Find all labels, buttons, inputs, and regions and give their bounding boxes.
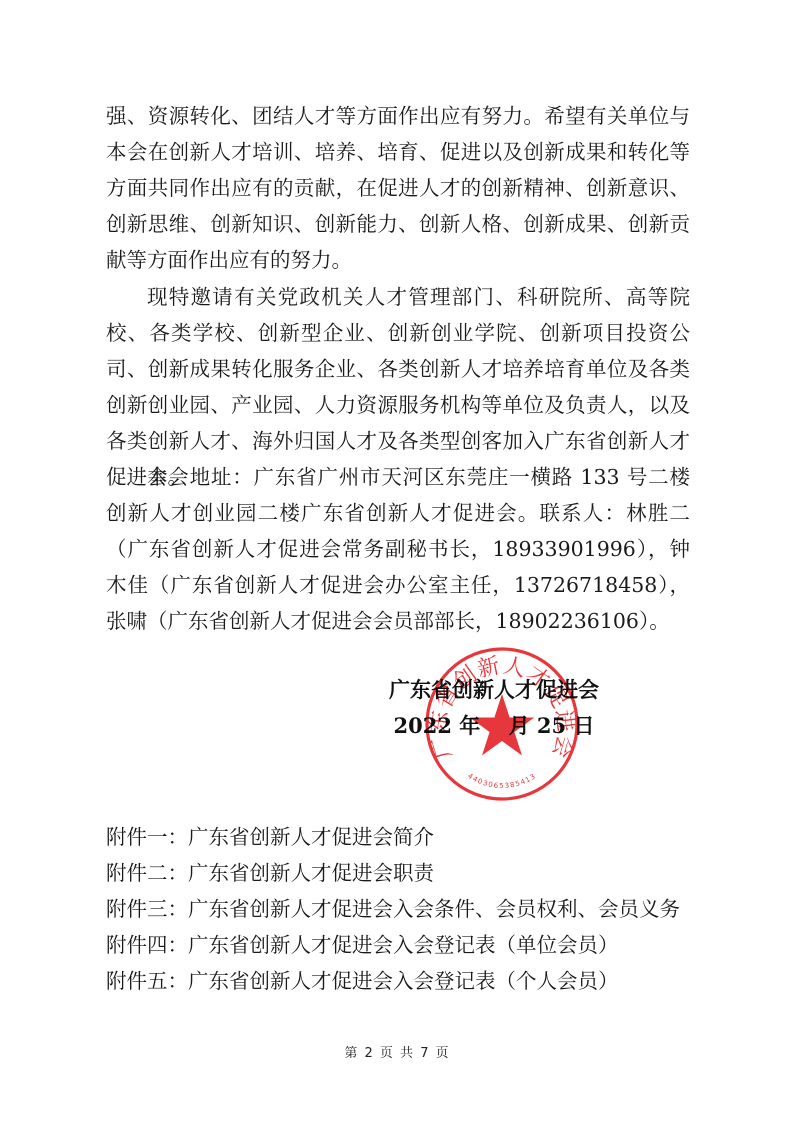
attachment-item: 附件三：广东省创新人才促进会入会条件、会员权利、会员义务 [106, 891, 706, 927]
attachment-item: 附件一：广东省创新人才促进会简介 [106, 819, 706, 855]
attachment-item: 附件四：广东省创新人才促进会入会登记表（单位会员） [106, 927, 706, 963]
svg-text:4403065385413: 4403065385413 [466, 772, 538, 790]
paragraph-address-contacts: 本会地址：广东省广州市天河区东莞庄一横路 133 号二楼创新人才创业园二楼广东省… [106, 459, 690, 639]
attachment-item: 附件二：广东省创新人才促进会职责 [106, 855, 706, 891]
paragraph-text: 本会地址：广东省广州市天河区东莞庄一横路 133 号二楼创新人才创业园二楼广东省… [106, 459, 690, 639]
official-seal-icon: 广东省创新人才促进会 4403065385413 [424, 646, 580, 802]
attachment-item: 附件五：广东省创新人才促进会入会登记表（个人会员） [106, 963, 706, 999]
document-page: 强、资源转化、团结人才等方面作出应有努力。希望有关单位与本会在创新人才培训、培养… [0, 0, 793, 1122]
paragraph-intro-continued: 强、资源转化、团结人才等方面作出应有努力。希望有关单位与本会在创新人才培训、培养… [106, 98, 690, 278]
seal-serial-text: 4403065385413 [466, 772, 538, 790]
paragraph-text: 强、资源转化、团结人才等方面作出应有努力。希望有关单位与本会在创新人才培训、培养… [106, 98, 690, 278]
attachments-list: 附件一：广东省创新人才促进会简介 附件二：广东省创新人才促进会职责 附件三：广东… [106, 819, 706, 999]
page-number-footer: 第 2 页 共 7 页 [0, 1042, 793, 1061]
